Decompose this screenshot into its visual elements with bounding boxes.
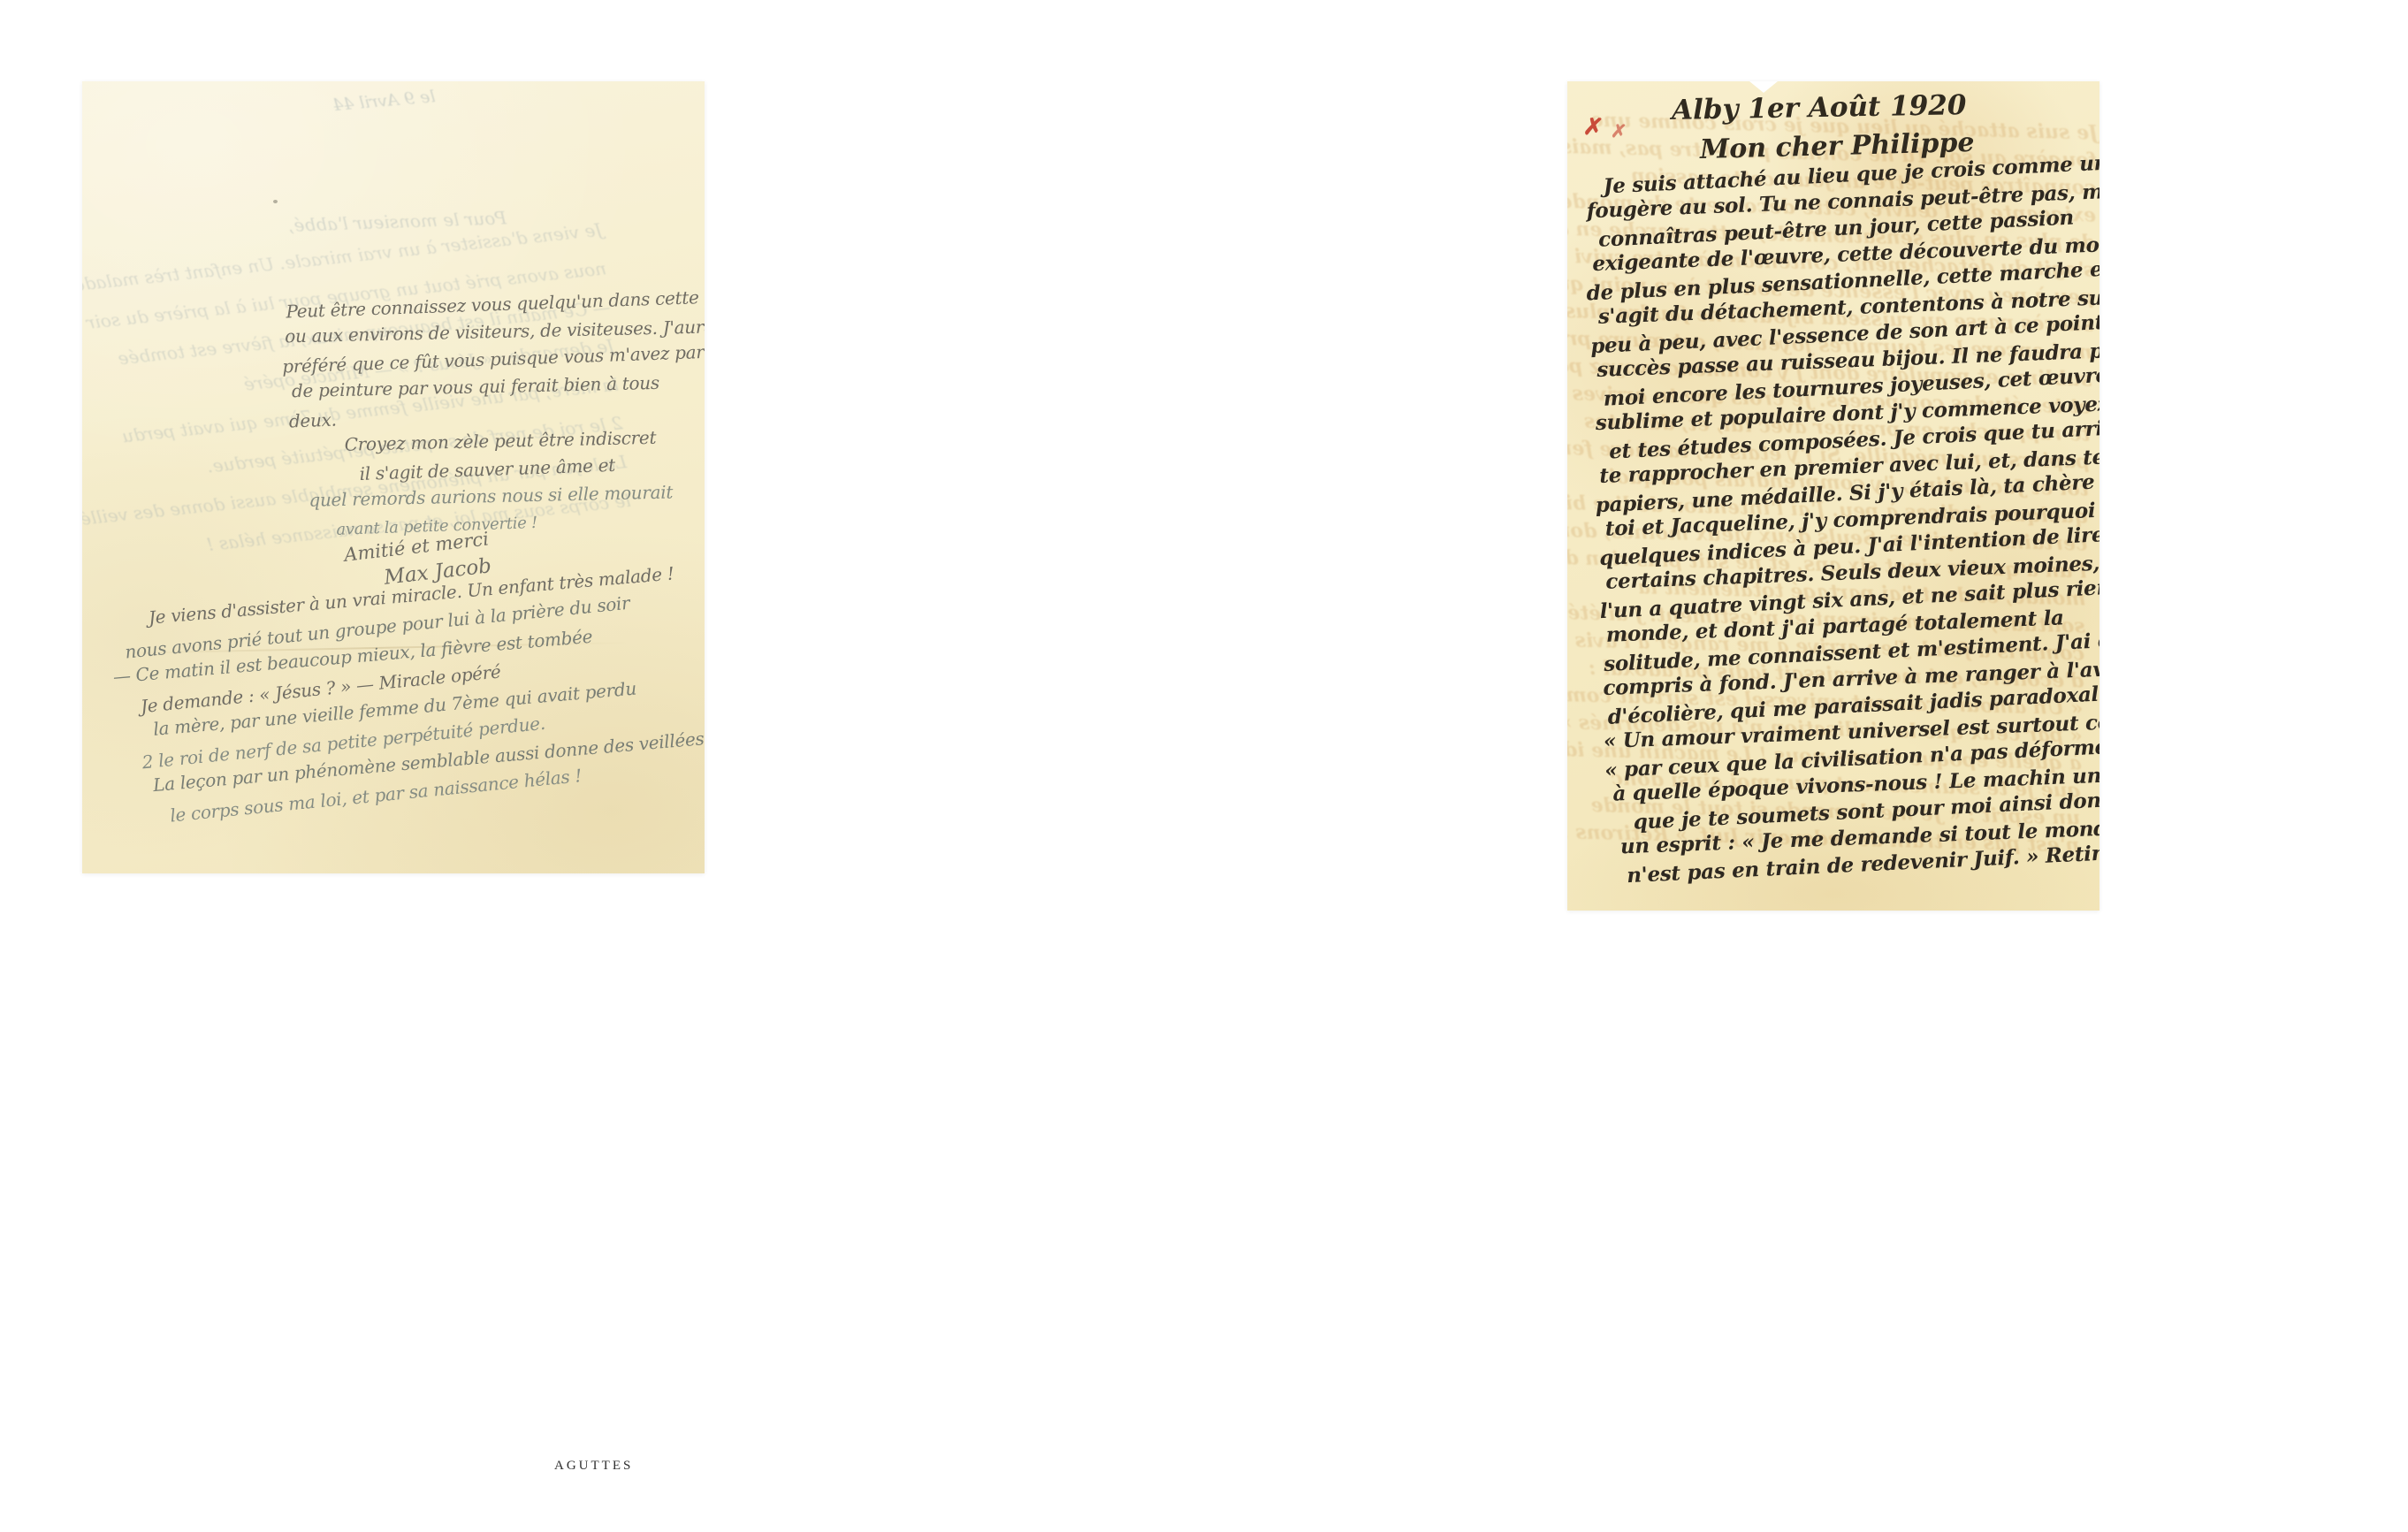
left-letter-ghost-dateline: le 9 Avril 44 (153, 87, 437, 131)
ink-speck (273, 200, 278, 203)
catalog-page: le 9 Avril 44 Pour le monsieur l'abbé, J… (0, 0, 2408, 1532)
red-cross-marks: ✗✗ (1582, 113, 1628, 145)
right-letter-scan: Je suis attaché au lieu que je crois com… (1567, 81, 2099, 911)
auction-house-logo: AGUTTES (554, 1459, 633, 1474)
left-letter-ghost-salutation: Pour le monsieur l'abbé, (215, 207, 507, 239)
red-x-mark: ✗ (1610, 119, 1627, 143)
left-letter-body: Peut être connaissez vous quelqu'un dans… (277, 284, 705, 543)
right-letter-dateline: Alby 1er Août 1920 (1672, 89, 1967, 126)
left-letter-scan: le 9 Avril 44 Pour le monsieur l'abbé, J… (82, 81, 705, 873)
red-x-mark: ✗ (1582, 113, 1605, 142)
left-letter-postscript: Je viens d'assister à un vrai miracle. U… (107, 555, 705, 832)
right-letter-body: Je suis attaché au lieu que je crois com… (1580, 149, 2099, 888)
paper-edge-notch (1749, 81, 1778, 93)
